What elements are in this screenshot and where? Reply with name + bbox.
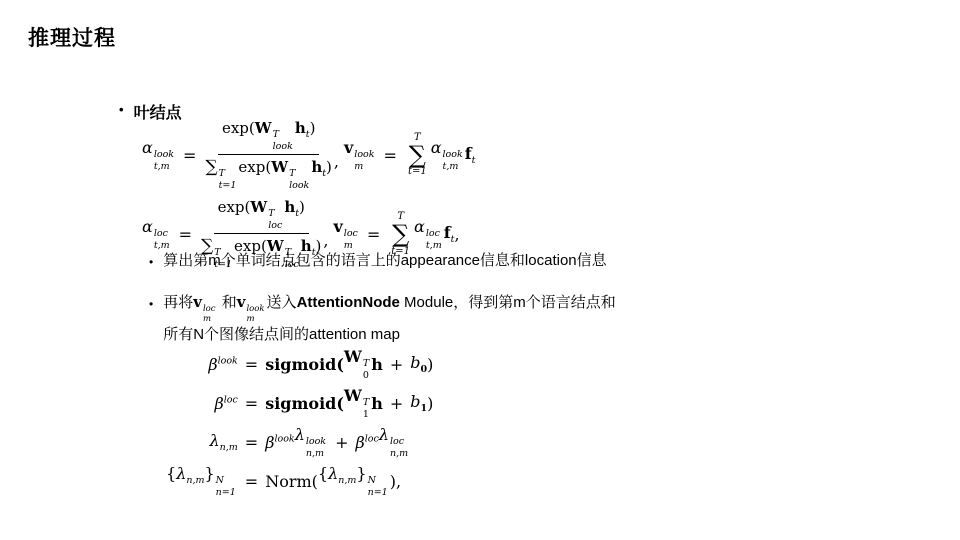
- math-token: t: [472, 155, 476, 166]
- math-token: look: [273, 141, 293, 152]
- attention-node-term: AttentionNode: [297, 294, 400, 311]
- math-token: 0: [363, 370, 369, 381]
- math-token: α: [431, 138, 442, 157]
- math-token: T: [219, 168, 225, 179]
- math-token: look: [218, 355, 238, 366]
- math-token: v: [344, 138, 353, 157]
- math-token: loc: [365, 433, 379, 444]
- math-token: Tt=1: [219, 168, 237, 191]
- math-token: αlookt,m: [142, 138, 176, 172]
- math-token: ,: [334, 152, 339, 171]
- math-token: Norm(: [265, 472, 318, 491]
- math-token: h: [371, 394, 383, 413]
- math-token: ): [299, 198, 305, 216]
- math-token: ): [326, 158, 332, 176]
- math-token: βloc: [214, 394, 237, 413]
- math-token: ∑: [392, 222, 409, 247]
- math-token: T1: [363, 397, 369, 420]
- math-token: 1: [421, 403, 428, 414]
- math-token: loc: [426, 228, 440, 239]
- math-token: look: [354, 149, 374, 160]
- math-token: ∑: [205, 157, 217, 177]
- math-token: look: [306, 436, 326, 447]
- math-token: t,m: [154, 161, 170, 172]
- math-token: =: [238, 433, 265, 452]
- bullet-attention-node-text: 再将vlocm 和vlookm送入AttentionNode Module，得到…: [163, 292, 616, 345]
- math-token: βlook: [208, 355, 237, 374]
- math-token: ): [427, 394, 433, 413]
- math-token: W: [250, 198, 267, 216]
- math-token: b1: [410, 392, 427, 414]
- fraction: exp(WTlookht) ∑Tt=1exp(WTlookht): [205, 119, 331, 191]
- math-token: W: [344, 347, 362, 366]
- math-token: t=1: [408, 167, 427, 177]
- math-token: }: [356, 464, 366, 483]
- math-token: n,m: [306, 448, 324, 459]
- sum-icon: T ∑ t=1: [408, 133, 427, 178]
- bullet-icon: •: [119, 102, 124, 117]
- math-token: ft: [465, 144, 476, 166]
- math-token: exp(: [218, 198, 251, 216]
- inline-math-v-look: vlookm: [237, 292, 267, 324]
- math-token: b0: [410, 353, 427, 375]
- text-segment: Module，得到第m个语言结点和: [400, 294, 616, 311]
- math-token: βlook: [265, 433, 294, 452]
- math-token: ∑Tt=1exp(WTlookht): [205, 155, 331, 191]
- math-token: α: [142, 217, 153, 236]
- math-token: n,m: [390, 448, 408, 459]
- math-token: W: [344, 386, 362, 405]
- math-token: {λn,m}Nn=1: [318, 464, 390, 498]
- math-token: loc: [203, 304, 216, 314]
- math-token: loc: [224, 394, 238, 405]
- math-token: λlookn,m: [295, 425, 328, 459]
- math-token: ,: [396, 472, 401, 491]
- math-token: {: [166, 464, 176, 483]
- math-token: look: [443, 149, 463, 160]
- math-token: h: [284, 198, 295, 216]
- math-token: β: [214, 394, 223, 413]
- math-token: WT0: [344, 347, 371, 381]
- math-token: λ: [295, 425, 305, 444]
- formula-beta-look-rhs: = sigmoid( WT0 h + b0 ): [238, 347, 434, 381]
- formula-norm-rhs: = Norm( {λn,m}Nn=1 ),: [238, 464, 434, 498]
- math-token: ,: [454, 225, 459, 244]
- math-token: loc: [154, 228, 168, 239]
- math-token: loct,m: [154, 228, 170, 251]
- math-token: λn,m: [210, 431, 238, 453]
- math-token: βloc: [355, 433, 378, 452]
- formula-group-fusion: βlook = sigmoid( WT0 h + b0 ) βloc = sig…: [166, 347, 433, 498]
- math-token: locm: [344, 228, 358, 251]
- math-token: loct,m: [426, 228, 442, 251]
- formula-beta-loc-rhs: = sigmoid( WT1 h + b1 ): [238, 386, 434, 420]
- math-token: loc: [268, 220, 282, 231]
- math-token: +: [383, 355, 410, 374]
- math-token: =: [238, 355, 265, 374]
- math-token: n,m: [186, 475, 204, 486]
- math-token: m: [203, 314, 211, 324]
- math-token: T: [363, 397, 369, 408]
- math-token: m: [246, 314, 254, 324]
- math-token: +: [328, 433, 355, 452]
- math-token: f: [444, 223, 451, 242]
- math-token: n=1: [216, 487, 236, 498]
- math-token: v: [237, 293, 246, 311]
- formula-beta-look-lhs: βlook: [166, 355, 238, 374]
- formula-lambda-lhs: λn,m: [166, 431, 238, 453]
- math-token: ,: [323, 231, 328, 250]
- math-token: look: [246, 304, 264, 314]
- math-token: Nn=1: [216, 475, 236, 498]
- math-token: T: [289, 168, 295, 179]
- text-segment: 再将: [163, 294, 193, 311]
- bullet-appearance-location: • 算出第m个单词结点包含的语言上的appearance信息和location信…: [149, 250, 769, 273]
- math-token: =: [238, 394, 265, 413]
- math-token: loc: [344, 228, 358, 239]
- math-token: Nn=1: [368, 475, 388, 498]
- text-segment: 送入: [267, 294, 297, 311]
- math-token: αloct,m: [414, 217, 444, 251]
- slide: 推理过程 • 叶结点 αlookt,m = exp(WTlookht) ∑Tt=…: [0, 0, 960, 540]
- inline-math-v-loc: vlocm: [193, 292, 217, 324]
- math-token: loc: [390, 436, 404, 447]
- math-token: n,m: [338, 475, 356, 486]
- formula-alpha-look: αlookt,m = exp(WTlookht) ∑Tt=1exp(WTlook…: [142, 119, 475, 191]
- math-token: lookn,m: [306, 436, 326, 459]
- math-token: λlocn,m: [379, 425, 410, 459]
- math-token: =: [176, 146, 203, 165]
- math-token: vlookm: [344, 138, 377, 172]
- math-token: look: [274, 433, 294, 444]
- formula-beta-loc-lhs: βloc: [166, 394, 238, 413]
- math-token: Tlook: [289, 168, 309, 191]
- math-token: locm: [203, 304, 216, 324]
- math-token: exp(: [238, 158, 271, 176]
- math-token: lookm: [246, 304, 264, 324]
- bullet-attention-node: • 再将vlocm 和vlookm送入AttentionNode Module，…: [149, 292, 789, 345]
- page-title: 推理过程: [28, 22, 116, 52]
- math-token: b: [410, 392, 420, 411]
- math-token: 1: [363, 409, 369, 420]
- math-token: λ: [379, 425, 389, 444]
- math-token: β: [355, 433, 364, 452]
- math-token: Tloc: [268, 208, 282, 231]
- math-token: vlocm: [333, 217, 359, 251]
- math-token: look: [154, 149, 174, 160]
- math-token: WT1: [344, 386, 371, 420]
- math-token: 0: [421, 364, 428, 375]
- math-token: f: [465, 144, 472, 163]
- formula-norm-lhs: {λn,m}Nn=1: [166, 464, 238, 498]
- math-token: n=1: [368, 487, 388, 498]
- math-token: h: [371, 355, 383, 374]
- math-token: lookt,m: [154, 149, 174, 172]
- math-token: λ: [210, 431, 220, 450]
- bullet-appearance-location-label: 算出第m个单词结点包含的语言上的appearance信息和location信息: [163, 250, 606, 271]
- math-token: ): [427, 355, 433, 374]
- math-token: λ: [176, 464, 186, 483]
- math-token: m: [354, 161, 363, 172]
- math-token: }: [204, 464, 214, 483]
- math-token: sigmoid(: [265, 394, 344, 413]
- math-token: b: [410, 353, 420, 372]
- math-token: t,m: [443, 161, 459, 172]
- math-token: exp(WTlocht): [214, 198, 309, 234]
- math-token: +: [383, 394, 410, 413]
- text-segment: 所有N个图像结点间的attention map: [163, 326, 400, 343]
- math-token: =: [377, 146, 404, 165]
- math-token: lookt,m: [443, 149, 463, 172]
- math-token: Tlook: [273, 129, 293, 152]
- math-token: T0: [363, 358, 369, 381]
- math-token: α: [142, 138, 153, 157]
- math-token: {λn,m}Nn=1: [166, 464, 238, 498]
- math-token: N: [368, 475, 376, 486]
- math-token: W: [255, 119, 272, 137]
- math-token: =: [172, 225, 199, 244]
- math-token: λ: [328, 464, 338, 483]
- math-token: N: [216, 475, 224, 486]
- math-token: t=1: [219, 180, 237, 191]
- math-token: T: [273, 129, 279, 140]
- math-token: v: [193, 293, 202, 311]
- math-token: ): [310, 119, 316, 137]
- math-token: T: [363, 358, 369, 369]
- math-token: =: [360, 225, 387, 244]
- math-token: =: [238, 472, 265, 491]
- math-token: ∑: [409, 143, 426, 168]
- text-segment: 和: [218, 294, 237, 311]
- math-token: W: [271, 158, 288, 176]
- bullet-icon: •: [149, 294, 153, 315]
- math-token: αloct,m: [142, 217, 172, 251]
- math-token: h: [311, 158, 322, 176]
- math-token: sigmoid(: [265, 355, 344, 374]
- math-token: h: [295, 119, 306, 137]
- math-token: β: [208, 355, 217, 374]
- math-token: α: [414, 217, 425, 236]
- math-token: v: [333, 217, 342, 236]
- math-token: exp(: [222, 119, 255, 137]
- math-token: look: [289, 180, 309, 191]
- math-token: lookm: [354, 149, 374, 172]
- math-token: exp(WTlookht): [218, 119, 319, 155]
- bullet-icon: •: [149, 252, 153, 273]
- math-token: αlookt,m: [431, 138, 465, 172]
- formula-lambda-rhs: = βlook λlookn,m + βloc λlocn,m: [238, 425, 434, 459]
- math-token: n,m: [220, 442, 238, 453]
- math-token: T: [268, 208, 274, 219]
- math-token: {: [318, 464, 328, 483]
- math-token: ft: [444, 223, 455, 245]
- math-token: locn,m: [390, 436, 408, 459]
